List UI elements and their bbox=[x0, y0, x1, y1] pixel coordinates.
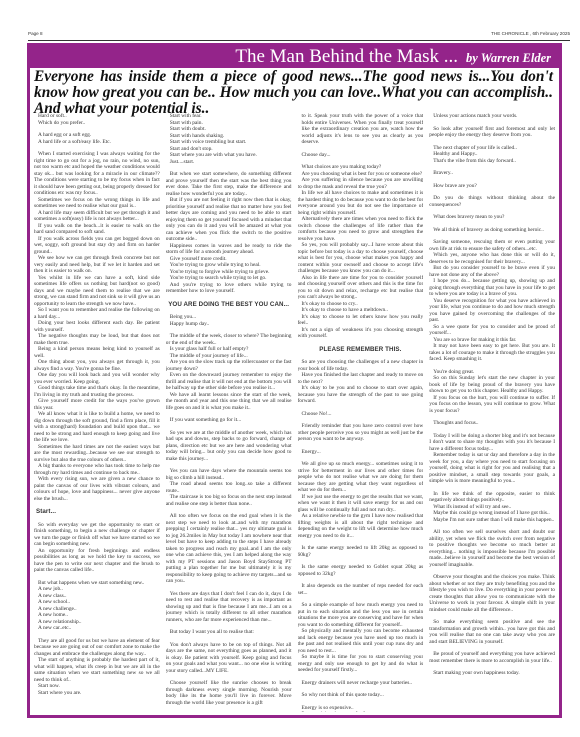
paragraph: Energy drainers will never recharge your… bbox=[298, 680, 424, 687]
paragraph: In life we all have choices to make and … bbox=[298, 190, 424, 216]
section-heading-best: YOU ARE DOING THE BEST YOU CAN... bbox=[166, 302, 292, 309]
paragraph: But when we start somewhere, do somethin… bbox=[166, 171, 292, 197]
paragraph: It's okay to be you and to choose to sta… bbox=[298, 385, 424, 405]
paragraph: So why not think of this quote today... bbox=[298, 692, 424, 699]
article-column-3: to it. Speak your truth with the power o… bbox=[298, 113, 424, 712]
paragraph: Which do you prefer.. bbox=[34, 120, 160, 127]
article-intro: Everyone has inside them a piece of good… bbox=[34, 69, 553, 117]
paragraph: One day you will look back and you will … bbox=[34, 372, 160, 385]
paragraph: Happiness comes in waves and be ready to… bbox=[166, 243, 292, 256]
paragraph: So with everyday we get the opportunity … bbox=[34, 522, 160, 548]
paragraph: The staircase is too big so focus on the… bbox=[166, 494, 292, 507]
list-item: A new car..etc.. bbox=[34, 625, 160, 632]
paragraph: But do you consider yourself to be brave… bbox=[429, 265, 555, 278]
paragraph: Is the same energy needed to Goblet squa… bbox=[298, 564, 424, 577]
article-title-bar: The Man Behind the Mask ... by Warren El… bbox=[30, 46, 559, 68]
paragraph: We all know what it is like to build a h… bbox=[34, 411, 160, 444]
paragraph: Unless your actions match your words. bbox=[429, 113, 555, 120]
paragraph: Friendly reminder that you have zero con… bbox=[298, 423, 424, 443]
paragraph: Choose No!... bbox=[298, 411, 424, 418]
paragraph: Are you suffering in silence because you… bbox=[298, 177, 424, 190]
paragraph: What does bravery mean to you? bbox=[429, 214, 555, 221]
paragraph: One thing about you, you always get thro… bbox=[34, 359, 160, 372]
paragraph: Do you do things without thinking about … bbox=[429, 195, 555, 208]
paragraph: to it. Speak your truth with the power o… bbox=[298, 113, 424, 146]
page-header: Page 8 THE CHRONICLE , 6th February 2025 bbox=[28, 30, 570, 41]
section-heading-remember: PLEASE REMEMBER THIS. bbox=[298, 347, 424, 354]
publication-date: THE CHRONICLE , 6th February 2025 bbox=[491, 31, 570, 36]
paragraph: A hard life or a soft/easy life. Etc. bbox=[34, 139, 160, 146]
paragraph: And you're trying to love others while t… bbox=[166, 282, 292, 295]
paragraph: In life we think of the opposite, easier… bbox=[429, 491, 555, 504]
paragraph: Even on the downward journey remember to… bbox=[166, 372, 292, 392]
paragraph: Start making your own happiness today. bbox=[429, 670, 555, 677]
article-columns: Hard or soft.. Which do you prefer.. A h… bbox=[34, 113, 555, 712]
paragraph: Good things take time and that's okay. I… bbox=[34, 385, 160, 398]
paragraph: All too often we focus on the end goal w… bbox=[166, 513, 292, 585]
paragraph: Thoughts and focus.. bbox=[429, 420, 555, 427]
paragraph: The negative thoughts may be loud, but t… bbox=[34, 333, 160, 346]
paragraph: Is the same energy needed to lift 20kg a… bbox=[298, 545, 424, 558]
paragraph: If you focus on the hurt, you will conti… bbox=[429, 395, 555, 415]
paragraph: Also in life there are time for you to c… bbox=[298, 275, 424, 301]
paragraph: When I started exercising I was always w… bbox=[34, 151, 160, 197]
article-byline: by Warren Elder bbox=[466, 51, 551, 65]
article-title: The Man Behind the Mask ... bbox=[235, 46, 458, 67]
paragraph: So a simple example of how much energy y… bbox=[298, 602, 424, 628]
paragraph: If we just use the energy to get the res… bbox=[298, 494, 424, 514]
paragraph: We all think of bravery as doing somethi… bbox=[429, 227, 555, 234]
paragraph: So yes, you will probably say...I have w… bbox=[298, 242, 424, 275]
paragraph: If you walk across fields you can get bo… bbox=[34, 236, 160, 256]
paragraph: You don't always have to be on top of th… bbox=[166, 642, 292, 675]
page-number: Page 8 bbox=[28, 31, 43, 36]
paragraph: It may not have been easy to get here. B… bbox=[429, 343, 555, 363]
paragraph: We see how we can get through fresh conc… bbox=[34, 255, 160, 275]
paragraph: Yes whilst in life we can have a soft, k… bbox=[34, 275, 160, 308]
paragraph: The road ahead seems too long..so take a… bbox=[166, 481, 292, 494]
paragraph: Doing your best looks different each day… bbox=[34, 320, 160, 333]
paragraph: Maybe I'm not sure rather than I will ma… bbox=[429, 517, 555, 524]
paragraph: Maybe this could go wrong instead of I h… bbox=[429, 510, 555, 517]
paragraph: Remember today is sat ur day and therefo… bbox=[429, 452, 555, 485]
article-column-2: Start with fear. Start with pain. Start … bbox=[166, 113, 292, 712]
paragraph: So a wee quote for you to consider and b… bbox=[429, 324, 555, 337]
paragraph: Yes there are days that I don't feel I c… bbox=[166, 591, 292, 624]
paragraph: Sometimes the hard times are not the eas… bbox=[34, 444, 160, 464]
paragraph: Be proud of yourself and everything you … bbox=[429, 651, 555, 664]
paragraph: You deserve recognition for what you hav… bbox=[429, 298, 555, 324]
paragraph: Choose yourself like the sunrise chooses… bbox=[166, 680, 292, 706]
paragraph: But today I want you all to realise that… bbox=[166, 629, 292, 636]
paragraph: But if you are not feeling it right now … bbox=[166, 197, 292, 243]
paragraph: So physically and mentally you can becom… bbox=[298, 628, 424, 654]
paragraph: A big thanks to everyone who has took ti… bbox=[34, 463, 160, 476]
paragraph: Today I will be doing a shorter blog and… bbox=[429, 433, 555, 453]
paragraph: Have you finished the last chapter and r… bbox=[298, 372, 424, 385]
paragraph: Are you on the slow track up the rollerc… bbox=[166, 359, 292, 372]
paragraph: I'm not giving that away for free anymor… bbox=[298, 711, 424, 712]
paragraph: A hard life may seem difficult but we ge… bbox=[34, 210, 160, 223]
paragraph: With every rising sun, we are given a ne… bbox=[34, 476, 160, 502]
paragraph: Happy hump day.. bbox=[166, 321, 292, 328]
paragraph: So look after yourself first and foremos… bbox=[429, 126, 555, 139]
paragraph: That's the vibe from this day forward.. bbox=[429, 158, 555, 165]
paragraph: So maybe it is time for you to start con… bbox=[298, 654, 424, 674]
paragraph: Give yourself more credit for the ways y… bbox=[34, 398, 160, 411]
paragraph: So yes we are at the middle of another w… bbox=[166, 430, 292, 463]
paragraph: Observe your thoughts and the choices yo… bbox=[429, 574, 555, 613]
paragraph: We have all learnt lessons since the sta… bbox=[166, 392, 292, 412]
paragraph: We all give up so much energy... sometim… bbox=[298, 461, 424, 494]
paragraph: Choose day... bbox=[298, 152, 424, 159]
article-column-4: Unless your actions match your words. So… bbox=[429, 113, 555, 712]
paragraph: How brave are you? bbox=[429, 183, 555, 190]
article-frame: The Man Behind the Mask ... by Warren El… bbox=[27, 43, 562, 718]
paragraph: So I want you to remember and realise th… bbox=[34, 307, 160, 320]
paragraph: So are you choosing the challenges of a … bbox=[298, 359, 424, 372]
paragraph: Yes you can have days where the mountain… bbox=[166, 468, 292, 481]
paragraph: The middle of the week, closer to where?… bbox=[166, 333, 292, 346]
list-item: Just....start. bbox=[166, 159, 292, 166]
paragraph: Sometimes we focus on the wrong things i… bbox=[34, 197, 160, 210]
paragraph: As a relative newbie to the gym I have n… bbox=[298, 513, 424, 539]
section-heading-start: Start... bbox=[34, 509, 160, 516]
paragraph: They are all good for us but we have an … bbox=[34, 638, 160, 658]
article-column-1: Hard or soft.. Which do you prefer.. A h… bbox=[34, 113, 160, 712]
paragraph: Bravery.. bbox=[429, 170, 555, 177]
paragraph: The start of anything is probably the ha… bbox=[34, 657, 160, 683]
paragraph: If you want something go for it... bbox=[166, 417, 292, 424]
paragraph: I hope you do... because getting up, sho… bbox=[429, 278, 555, 298]
paragraph: Saving someone, rescuing them or even pu… bbox=[429, 239, 555, 252]
paragraph: It also depends on the number of reps ne… bbox=[298, 583, 424, 596]
paragraph: Being a kind person means being kind to … bbox=[34, 346, 160, 359]
paragraph: It's okay to choose to let others know h… bbox=[298, 314, 424, 327]
paragraph: An opportunity for fresh beginnings and … bbox=[34, 548, 160, 574]
paragraph: It's not a sign of weakness it's you cho… bbox=[298, 327, 424, 340]
paragraph: Energy... bbox=[298, 449, 424, 456]
paragraph: So on this Sunday let's start the new ch… bbox=[429, 375, 555, 395]
paragraph: Alternatively there are times when you n… bbox=[298, 216, 424, 242]
paragraph: All too often we sell ourselves short an… bbox=[429, 529, 555, 568]
paragraph: So make everything seem positive and see… bbox=[429, 619, 555, 645]
paragraph: Which yes, anyone who has done this or w… bbox=[429, 252, 555, 265]
paragraph: Start where you are. bbox=[34, 690, 160, 697]
paragraph: If you walk on the beach...it is easier … bbox=[34, 223, 160, 236]
